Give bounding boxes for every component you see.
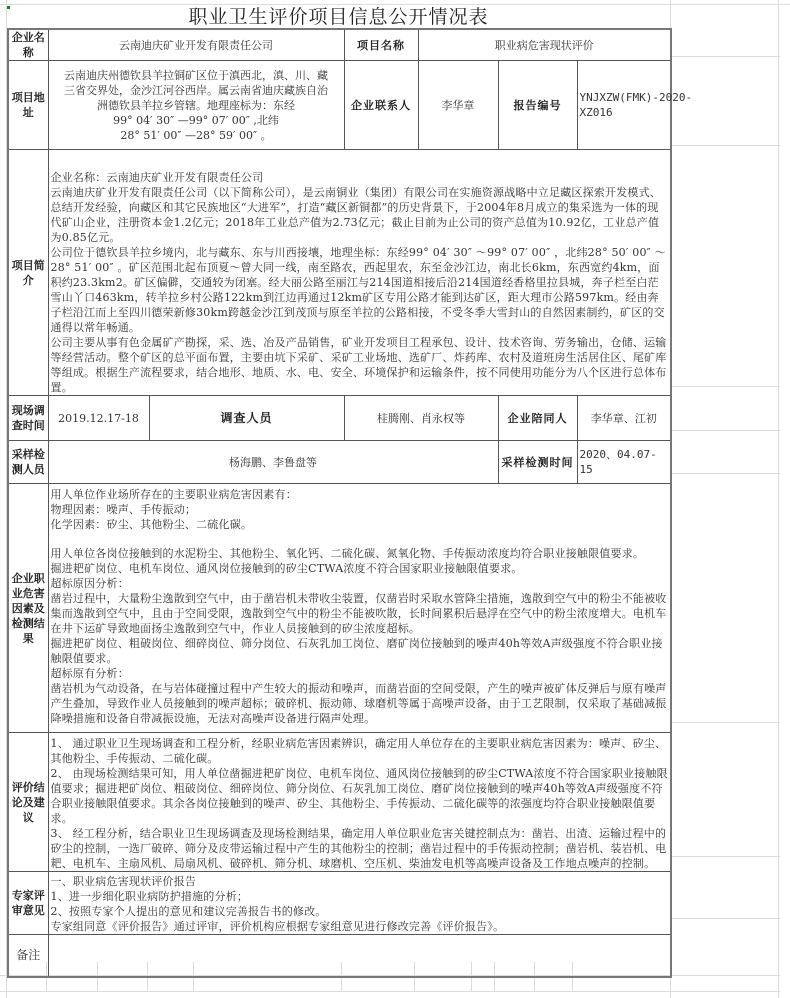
hazards-paragraph: 用人单位作业场所存在的主要职业病危害因素有： bbox=[51, 487, 669, 502]
project-address-value[interactable]: 云南迪庆州德钦县羊拉铜矿区位于滇西北，滇、川、藏 三省交界处，金沙江河谷西岸。属… bbox=[48, 61, 344, 150]
row-expert: 专家评审意见 一、职业病危害现状评价报告 1、进一步细化职业病防护措施的分析； … bbox=[8, 872, 671, 935]
expert-opinion-label: 专家评审意见 bbox=[8, 872, 48, 935]
address-line: 云南迪庆州德钦县羊拉铜矿区位于滇西北，滇、川、藏 bbox=[51, 68, 342, 83]
intro-paragraph: 公司位于德钦县羊拉乡境内，北与藏东、东与川西接壤，地理坐标：东经99° 04′ … bbox=[51, 245, 669, 335]
hazards-label: 企业职业危害因素及检测结果 bbox=[8, 484, 48, 733]
conclusion-value[interactable]: 1、 通过职业卫生现场调查和工程分析，经职业病危害因素辨识，确定用人单位存在的主… bbox=[48, 733, 671, 872]
survey-staff-label: 调查人员 bbox=[150, 396, 344, 440]
row-enterprise: 企业名称 云南迪庆矿业开发有限责任公司 项目名称 职业病危害现状评价 bbox=[8, 29, 671, 61]
survey-split-cell: 2019.12.17-18 调查人员 bbox=[48, 396, 344, 441]
project-address-label: 项目地址 bbox=[8, 61, 48, 150]
hazards-value[interactable]: 用人单位作业场所存在的主要职业病危害因素有： 物理因素：噪声、手传振动； 化学因… bbox=[48, 484, 671, 733]
sampling-time-value[interactable]: 2020、04.07-15 bbox=[577, 441, 671, 484]
address-line: 洲德钦县羊拉乡管辖。地理座标为：东经 bbox=[51, 98, 342, 113]
address-line: 99° 04′ 30″ —99° 07′ 00″ ,北纬 bbox=[51, 113, 342, 128]
row-intro: 项目简介 企业名称：云南迪庆矿业开发有限责任公司 云南迪庆矿业开发有限责任公司（… bbox=[8, 150, 671, 396]
hazards-paragraph: 超标原因分析： bbox=[51, 576, 669, 591]
project-intro-value[interactable]: 企业名称：云南迪庆矿业开发有限责任公司 云南迪庆矿业开发有限责任公司（以下简称公… bbox=[48, 150, 671, 396]
remarks-value[interactable] bbox=[48, 935, 671, 977]
conclusion-paragraph: 2、 由现场检测结果可知，用人单位凿掘进耙矿岗位、电机车岗位、通风岗位接触到的矽… bbox=[51, 766, 669, 826]
sampling-time-label: 采样检测时间 bbox=[498, 441, 577, 484]
grid-line bbox=[670, 56, 780, 57]
expert-paragraph: 一、职业病危害现状评价报告 bbox=[51, 874, 669, 889]
project-intro-label: 项目简介 bbox=[8, 150, 48, 396]
intro-paragraph: 公司主要从事有色金属矿产勘探，采、选、冶及产品销售，矿业开发项目工程承包、设计、… bbox=[51, 335, 669, 395]
sampling-staff-label: 采样检测人员 bbox=[8, 441, 48, 484]
intro-paragraph: 云南迪庆矿业开发有限责任公司（以下简称公司），是云南铜业（集团）有限公司在实施资… bbox=[51, 185, 669, 245]
hazards-paragraph: 凿岩过程中，大量粉尘逸散到空气中，由于凿岩机未带收尘装置，仅凿岩时采取水管降尘措… bbox=[51, 591, 669, 636]
row-survey: 现场调查时间 2019.12.17-18 调查人员 桂腾刚、肖永权等 企业陪同人… bbox=[8, 396, 671, 441]
hazards-paragraph: 超标原有分析： bbox=[51, 666, 669, 681]
expert-paragraph: 1、进一步细化职业病防护措施的分析； bbox=[51, 889, 669, 904]
grid-line bbox=[670, 918, 780, 919]
hazards-paragraph: 化学因素：矽尘、其他粉尘、二硫化碳。 bbox=[51, 517, 669, 532]
grid-line bbox=[670, 430, 780, 431]
expert-opinion-value[interactable]: 一、职业病危害现状评价报告 1、进一步细化职业病防护措施的分析； 2、按照专家个… bbox=[48, 872, 671, 935]
grid-line bbox=[670, 386, 780, 387]
intro-paragraph: 企业名称：云南迪庆矿业开发有限责任公司 bbox=[51, 170, 669, 185]
enterprise-name-label: 企业名称 bbox=[8, 29, 48, 61]
grid-line bbox=[0, 991, 780, 992]
grid-line bbox=[670, 856, 780, 857]
remarks-label: 备注 bbox=[8, 935, 48, 977]
hazards-paragraph: 掘进耙矿岗位、粗破岗位、细碎岗位、筛分岗位、石灰乳加工岗位、磨矿岗位接触到的噪声… bbox=[51, 636, 669, 666]
row-address: 项目地址 云南迪庆州德钦县羊拉铜矿区位于滇西北，滇、川、藏 三省交界处，金沙江河… bbox=[8, 61, 671, 150]
conclusion-paragraph: 1、 通过职业卫生现场调查和工程分析，经职业病危害因素辨识，确定用人单位存在的主… bbox=[51, 736, 669, 766]
project-name-label: 项目名称 bbox=[344, 29, 418, 61]
address-line: 28° 51′ 00″ —28° 59′ 00″ 。 bbox=[51, 128, 342, 143]
hazards-paragraph: 用人单位各岗位接触到的水泥粉尘、其他粉尘、氧化钙、二硫化碳、氮氧化物、手传振动浓… bbox=[51, 546, 669, 561]
survey-time-label: 现场调查时间 bbox=[8, 396, 48, 441]
contact-person-value[interactable]: 李华章 bbox=[418, 61, 498, 150]
enterprise-name-value[interactable]: 云南迪庆矿业开发有限责任公司 bbox=[48, 29, 344, 61]
hazards-paragraph: 物理因素：噪声、手传振动； bbox=[51, 502, 669, 517]
report-number-label: 报告编号 bbox=[498, 61, 577, 150]
survey-staff-value[interactable]: 桂腾刚、肖永权等 bbox=[344, 396, 498, 441]
contact-person-label: 企业联系人 bbox=[344, 61, 418, 150]
report-number-value[interactable]: YNJXZW(FMK)-2020-XZ016 bbox=[577, 61, 671, 150]
info-disclosure-table: 企业名称 云南迪庆矿业开发有限责任公司 项目名称 职业病危害现状评价 项目地址 … bbox=[7, 28, 672, 978]
row-conclusion: 评价结论及建议 1、 通过职业卫生现场调查和工程分析，经职业病危害因素辨识，确定… bbox=[8, 733, 671, 872]
conclusion-label: 评价结论及建议 bbox=[8, 733, 48, 872]
hazards-paragraph: 凿岩机为气动设备，在与岩体碰撞过程中产生较大的振动和噪声，而凿岩面的空间受限，产… bbox=[51, 681, 669, 726]
escort-person-value[interactable]: 李华章、江初 bbox=[577, 396, 671, 441]
row-remarks: 备注 bbox=[8, 935, 671, 977]
project-name-value[interactable]: 职业病危害现状评价 bbox=[418, 29, 671, 61]
row-sampling: 采样检测人员 杨海鹏、李鲁盘等 采样检测时间 2020、04.07-15 bbox=[8, 441, 671, 484]
address-line: 三省交界处，金沙江河谷西岸。属云南省迪庆藏族自治 bbox=[51, 83, 342, 98]
expert-paragraph: 专家组同意《评价报告》通过评审，评价机构应根据专家组意见进行修改完善《评价报告》… bbox=[51, 919, 669, 934]
escort-person-label: 企业陪同人 bbox=[498, 396, 577, 441]
row-hazards: 企业职业危害因素及检测结果 用人单位作业场所存在的主要职业病危害因素有： 物理因… bbox=[8, 484, 671, 733]
grid-line bbox=[670, 722, 780, 723]
grid-line bbox=[670, 473, 780, 474]
blank-line bbox=[51, 532, 669, 546]
grid-line bbox=[778, 0, 779, 998]
survey-date-value[interactable]: 2019.12.17-18 bbox=[49, 396, 150, 440]
expert-paragraph: 2、按照专家个人提出的意见和建议完善报告书的修改。 bbox=[51, 904, 669, 919]
hazards-paragraph: 掘进耙矿岗位、电机车岗位、通风岗位接触到的矽尘CTWA浓度不符合国家职业接触限值… bbox=[51, 561, 669, 576]
conclusion-paragraph: 3、 经工程分析，结合职业卫生现场调查及现场检测结果，确定用人单位职业危害关键控… bbox=[51, 826, 669, 871]
grid-line bbox=[670, 145, 780, 146]
sampling-staff-value[interactable]: 杨海鹏、李鲁盘等 bbox=[48, 441, 498, 484]
page-title: 职业卫生评价项目信息公开情况表 bbox=[7, 5, 670, 28]
